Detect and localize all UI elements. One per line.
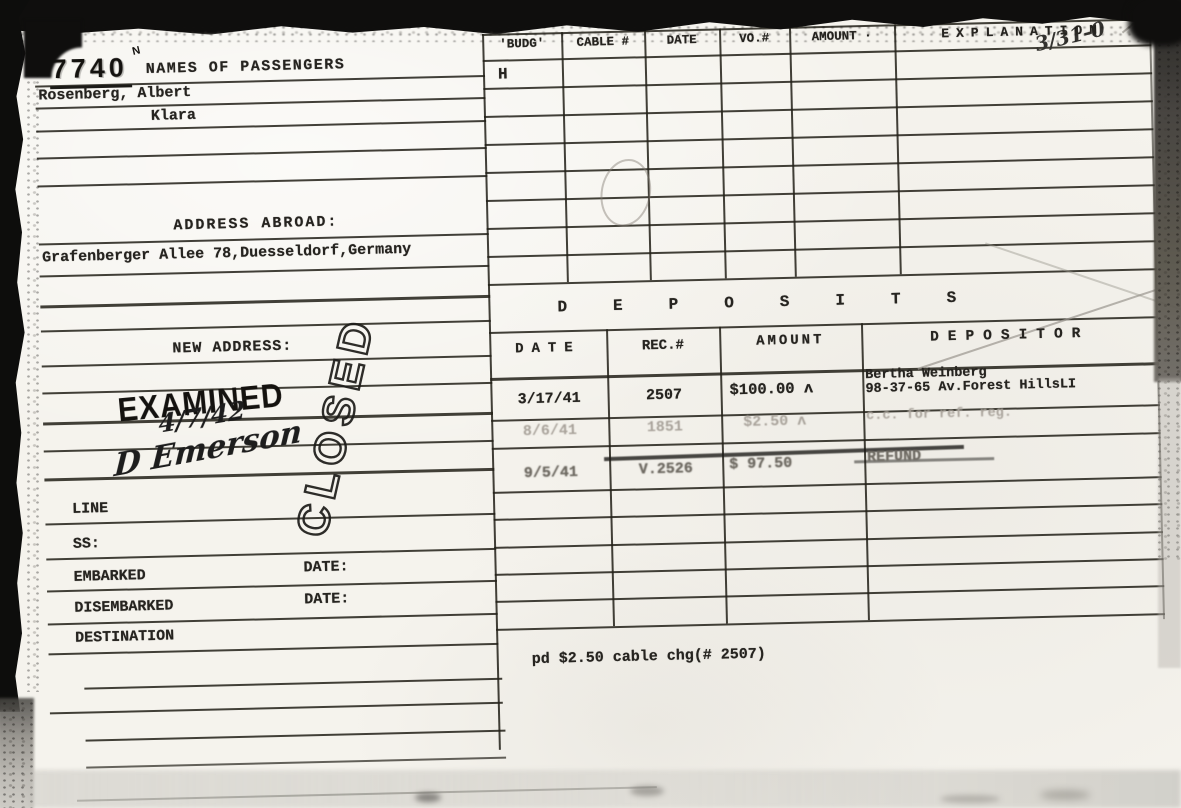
grid-line [483,72,1152,90]
grid-line [487,212,1156,230]
grid-line [495,585,1164,603]
scan-blob [630,786,664,796]
deposits-header-date: DATE [489,339,606,358]
closed-stamp-text: CLOSED [287,314,384,538]
deposit-date: 9/5/41 [492,463,609,483]
ruled-line [37,175,487,188]
ruled-line [50,702,503,715]
deposits-header-depositor: DEPOSITOR [861,324,1158,347]
address-abroad-label: ADDRESS ABROAD: [173,213,338,234]
address-abroad-value: Grafenberger Allee 78,Duesseldorf,German… [42,241,411,267]
grid-line-vertical [719,28,727,278]
deposits-header-rec: REC.# [606,337,719,356]
ruled-line [36,120,486,133]
closed-stamp: CLOSED [241,314,436,538]
ruled-line [46,548,496,561]
scan-border-right-lower [1158,378,1181,668]
grid-line [488,268,1157,286]
budg-value: H [498,65,508,83]
card-rounded-corner [24,20,82,78]
scan-corner-top-right [1128,0,1181,46]
scan-noise-bottom [30,770,1181,808]
names-of-passengers-label: NAMES OF PASSENGERS [146,56,346,78]
passenger-name-2: Klara [151,107,196,125]
deposit-rec-number: 1851 [608,418,721,438]
ruled-line [40,265,490,278]
grid-line-vertical [789,27,797,277]
grid-line-vertical [894,24,902,274]
ruled-line [84,678,502,690]
deposit-amount: $100.00 ʌ [729,379,813,399]
deposit-rec-number: V.2526 [609,460,722,480]
scan-speckle-top [0,24,1181,42]
ruled-line [40,295,490,309]
deposit-date: 3/17/41 [490,389,607,409]
ruled-line [86,757,506,769]
ruled-line [86,730,506,742]
deposit-note: c.c. for ref. reg. [866,406,1012,424]
deposit-rec-number: 2507 [607,386,720,406]
deposit-date: 8/6/41 [491,421,608,441]
scan-speckle-left-bottom [0,700,34,808]
grid-line [484,100,1153,118]
card-content: 7740 N NAMES OF PASSENGERS 3/31-0 Rosenb… [0,0,1181,808]
line-label: LINE [72,500,108,518]
scratch-mark [985,242,1181,311]
deposit-note: REFUND [867,448,921,466]
embarked-date-label: DATE: [303,558,348,576]
case-number-superscript: N [131,44,142,58]
grid-line [485,128,1154,146]
disembarked-label: DISEMBARKED [74,597,173,616]
scanned-ledger-card: 7740 N NAMES OF PASSENGERS 3/31-0 Rosenb… [0,0,1181,808]
grid-line [486,184,1155,202]
deposits-title: DEPOSITS [557,288,1002,316]
grid-line [491,404,1160,422]
grid-line-vertical [561,32,569,282]
scan-blob [1040,790,1090,800]
disembarked-date-label: DATE: [304,590,349,608]
scan-speckle-left [24,30,41,692]
grid-line [493,503,1162,521]
grid-line-vertical [644,30,652,280]
deposits-header-amount: AMOUNT [719,331,861,350]
destination-label: DESTINATION [75,627,174,646]
ss-label: SS: [73,535,100,553]
ruled-line [37,147,487,160]
cable-charge-note: pd $2.50 cable chg(# 2507) [532,646,766,669]
deposit-amount: $2.50 ʌ [743,413,806,431]
deposit-amount: $ 97.50 [729,455,792,473]
grid-line [495,558,1164,576]
grid-line [496,613,1165,631]
scan-blob [940,795,1000,803]
grid-line [494,531,1163,549]
embarked-label: EMBARKED [74,567,146,586]
grid-line [485,156,1154,174]
grid-line [487,240,1156,258]
passenger-name-1: Rosenberg, Albert [38,84,191,105]
scan-blob [415,793,441,802]
